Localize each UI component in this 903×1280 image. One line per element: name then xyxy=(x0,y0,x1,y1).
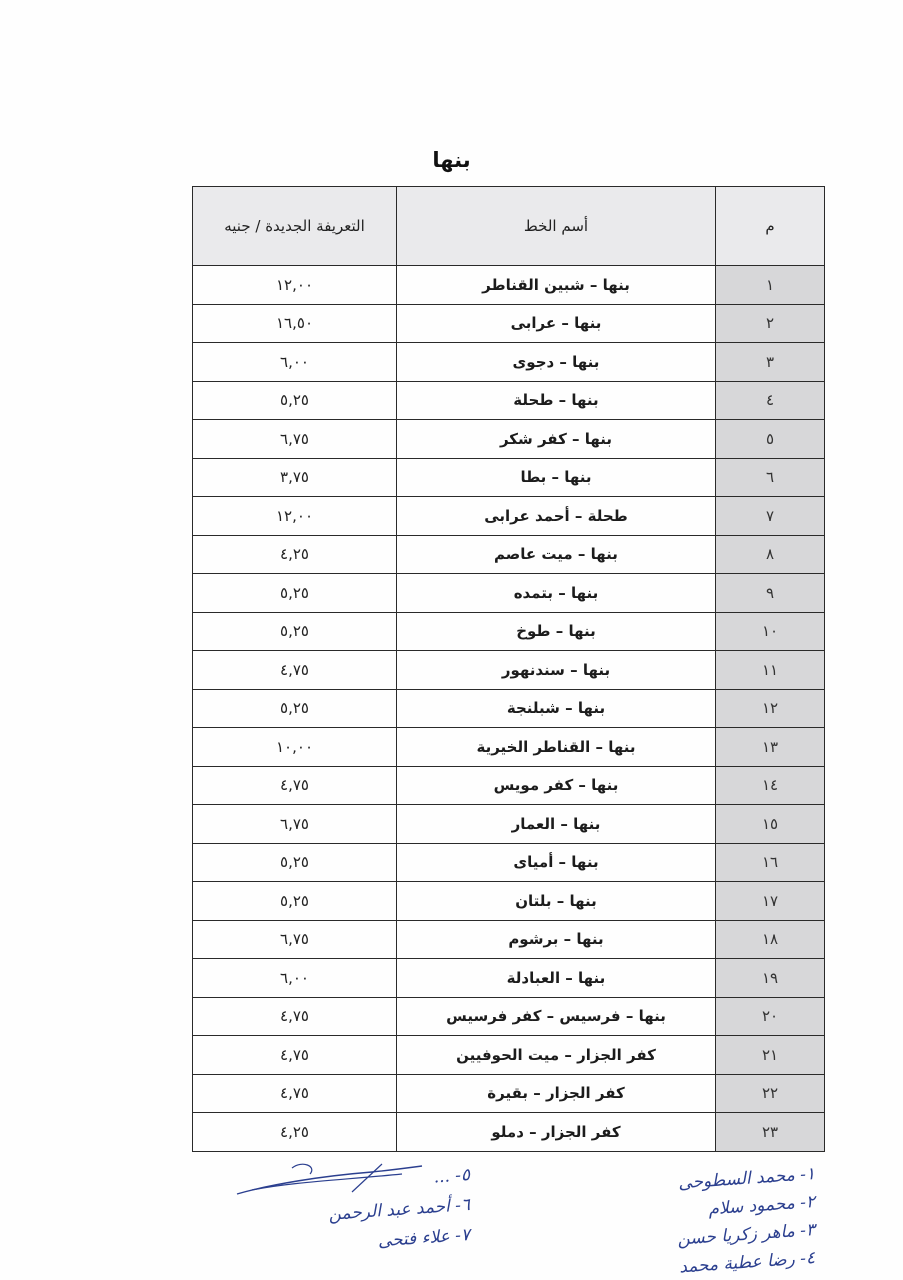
row-number: ١٥ xyxy=(716,805,825,844)
row-line-name: بنها – أمياى xyxy=(397,843,716,882)
row-number: ١ xyxy=(716,266,825,305)
header-number: م xyxy=(716,187,825,266)
table-row: ٢بنها – عرابى١٦,٥٠ xyxy=(193,304,825,343)
table-row: ٩بنها – بتمده٥,٢٥ xyxy=(193,574,825,613)
row-number: ٤ xyxy=(716,381,825,420)
table-row: ١بنها – شبين القناطر١٢,٠٠ xyxy=(193,266,825,305)
row-fare: ٦,٠٠ xyxy=(193,959,397,998)
signatures-right: ١- محمد السطوحى ٢- محمود سلام ٣- ماهر زك… xyxy=(615,1160,815,1272)
header-fare: التعريفة الجديدة / جنيه xyxy=(193,187,397,266)
row-number: ١٨ xyxy=(716,920,825,959)
row-line-name: بنها – طوخ xyxy=(397,612,716,651)
row-number: ١٣ xyxy=(716,728,825,767)
table-row: ٥بنها – كفر شكر٦,٧٥ xyxy=(193,420,825,459)
row-line-name: بنها – العبادلة xyxy=(397,959,716,998)
row-fare: ١٠,٠٠ xyxy=(193,728,397,767)
row-number: ٦ xyxy=(716,458,825,497)
row-fare: ٥,٢٥ xyxy=(193,843,397,882)
row-line-name: بنها – ميت عاصم xyxy=(397,535,716,574)
row-fare: ٤,٧٥ xyxy=(193,651,397,690)
row-number: ٧ xyxy=(716,497,825,536)
row-line-name: بنها – دجوى xyxy=(397,343,716,382)
row-fare: ٤,٢٥ xyxy=(193,535,397,574)
row-fare: ٥,٢٥ xyxy=(193,612,397,651)
row-fare: ٤,٧٥ xyxy=(193,766,397,805)
row-number: ٨ xyxy=(716,535,825,574)
row-line-name: بنها – عرابى xyxy=(397,304,716,343)
row-fare: ١٢,٠٠ xyxy=(193,497,397,536)
table-row: ٢٢كفر الجزار – بقيرة٤,٧٥ xyxy=(193,1074,825,1113)
row-line-name: كفر الجزار – بقيرة xyxy=(397,1074,716,1113)
signatures-left: ٥- ... ٦- أحمد عبد الرحمن ٧- علاء فتحى xyxy=(235,1160,470,1250)
row-fare: ٦,٠٠ xyxy=(193,343,397,382)
table-row: ١١بنها – سندنهور٤,٧٥ xyxy=(193,651,825,690)
table-body: ١بنها – شبين القناطر١٢,٠٠ ٢بنها – عرابى١… xyxy=(193,266,825,1152)
header-line-name: أسم الخط xyxy=(397,187,716,266)
document-title: بنها xyxy=(0,148,903,172)
row-line-name: بنها – برشوم xyxy=(397,920,716,959)
table-row: ١٨بنها – برشوم٦,٧٥ xyxy=(193,920,825,959)
row-fare: ٥,٢٥ xyxy=(193,574,397,613)
row-line-name: بنها – كفر شكر xyxy=(397,420,716,459)
row-number: ١٦ xyxy=(716,843,825,882)
row-number: ١٠ xyxy=(716,612,825,651)
row-number: ٢٢ xyxy=(716,1074,825,1113)
row-line-name: بنها – بتمده xyxy=(397,574,716,613)
row-number: ١٢ xyxy=(716,689,825,728)
table-row: ٢٠بنها – فرسيس – كفر فرسيس٤,٧٥ xyxy=(193,997,825,1036)
row-fare: ٥,٢٥ xyxy=(193,882,397,921)
row-line-name: كفر الجزار – دملو xyxy=(397,1113,716,1152)
row-fare: ٥,٢٥ xyxy=(193,381,397,420)
row-fare: ٥,٢٥ xyxy=(193,689,397,728)
row-fare: ٤,٧٥ xyxy=(193,1074,397,1113)
row-fare: ٣,٧٥ xyxy=(193,458,397,497)
row-line-name: بنها – فرسيس – كفر فرسيس xyxy=(397,997,716,1036)
row-number: ٢٠ xyxy=(716,997,825,1036)
table-row: ٦بنها – بطا٣,٧٥ xyxy=(193,458,825,497)
row-fare: ٤,٢٥ xyxy=(193,1113,397,1152)
row-line-name: بنها – بطا xyxy=(397,458,716,497)
row-number: ١٤ xyxy=(716,766,825,805)
row-line-name: بنها – العمار xyxy=(397,805,716,844)
row-line-name: كفر الجزار – ميت الحوفيين xyxy=(397,1036,716,1075)
table-row: ١٠بنها – طوخ٥,٢٥ xyxy=(193,612,825,651)
table-row: ٢١كفر الجزار – ميت الحوفيين٤,٧٥ xyxy=(193,1036,825,1075)
table-row: ٢٣كفر الجزار – دملو٤,٢٥ xyxy=(193,1113,825,1152)
row-fare: ٦,٧٥ xyxy=(193,920,397,959)
table-row: ١٢بنها – شبلنجة٥,٢٥ xyxy=(193,689,825,728)
row-number: ١٧ xyxy=(716,882,825,921)
row-number: ٥ xyxy=(716,420,825,459)
row-fare: ١٦,٥٠ xyxy=(193,304,397,343)
row-fare: ١٢,٠٠ xyxy=(193,266,397,305)
row-line-name: بنها – بلتان xyxy=(397,882,716,921)
row-fare: ٦,٧٥ xyxy=(193,420,397,459)
table-row: ١٣بنها – القناطر الخيرية١٠,٠٠ xyxy=(193,728,825,767)
row-line-name: بنها – كفر مويس xyxy=(397,766,716,805)
table-row: ٧طحلة – أحمد عرابى١٢,٠٠ xyxy=(193,497,825,536)
row-fare: ٤,٧٥ xyxy=(193,1036,397,1075)
row-number: ١١ xyxy=(716,651,825,690)
table-row: ١٩بنها – العبادلة٦,٠٠ xyxy=(193,959,825,998)
row-line-name: بنها – طحلة xyxy=(397,381,716,420)
row-number: ٢ xyxy=(716,304,825,343)
table-row: ١٤بنها – كفر مويس٤,٧٥ xyxy=(193,766,825,805)
row-number: ٣ xyxy=(716,343,825,382)
row-line-name: بنها – شبلنجة xyxy=(397,689,716,728)
scanned-page: بنها م أسم الخط التعريفة الجديدة / جنيه … xyxy=(0,0,903,1280)
row-line-name: بنها – سندنهور xyxy=(397,651,716,690)
table-row: ٨بنها – ميت عاصم٤,٢٥ xyxy=(193,535,825,574)
table-row: ١٥بنها – العمار٦,٧٥ xyxy=(193,805,825,844)
row-number: ١٩ xyxy=(716,959,825,998)
table-row: ١٧بنها – بلتان٥,٢٥ xyxy=(193,882,825,921)
row-line-name: بنها – شبين القناطر xyxy=(397,266,716,305)
row-fare: ٦,٧٥ xyxy=(193,805,397,844)
row-fare: ٤,٧٥ xyxy=(193,997,397,1036)
row-number: ٢٣ xyxy=(716,1113,825,1152)
table-row: ١٦بنها – أمياى٥,٢٥ xyxy=(193,843,825,882)
row-number: ٢١ xyxy=(716,1036,825,1075)
table-row: ٣بنها – دجوى٦,٠٠ xyxy=(193,343,825,382)
row-number: ٩ xyxy=(716,574,825,613)
table-header-row: م أسم الخط التعريفة الجديدة / جنيه xyxy=(193,187,825,266)
row-line-name: بنها – القناطر الخيرية xyxy=(397,728,716,767)
row-line-name: طحلة – أحمد عرابى xyxy=(397,497,716,536)
fare-table: م أسم الخط التعريفة الجديدة / جنيه ١بنها… xyxy=(192,186,825,1152)
table-row: ٤بنها – طحلة٥,٢٥ xyxy=(193,381,825,420)
